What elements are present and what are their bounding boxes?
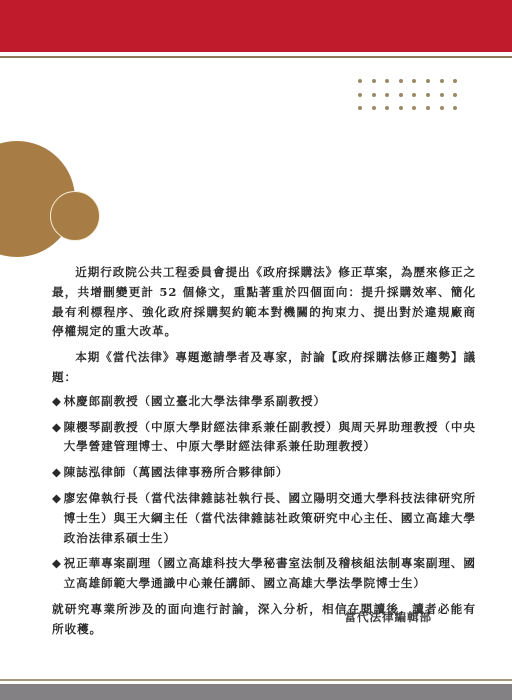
participant-text: 陳誌泓律師（萬國法律事務所合夥律師） — [64, 463, 476, 483]
dot-icon — [399, 93, 403, 97]
dot-icon — [426, 79, 430, 83]
header-gold-rule — [0, 56, 512, 58]
dot-icon — [385, 93, 389, 97]
participant-list: ◆ 林慶郎副教授（國立臺北大學法律學系副教授） ◆ 陳櫻琴副教授（中原大學財經法… — [52, 392, 476, 594]
dot-icon — [372, 79, 376, 83]
dot-icon — [426, 106, 430, 110]
dot-icon — [440, 106, 444, 110]
participant-text: 陳櫻琴副教授（中原大學財經法律系兼任副教授）與周天昇助理教授（中央大學營建管理博… — [64, 418, 476, 458]
dot-icon — [358, 79, 362, 83]
dot-icon — [399, 79, 403, 83]
dot-icon — [372, 93, 376, 97]
participant-text: 廖宏偉執行長（當代法律雜誌社執行長、國立陽明交通大學科技法律研究所博士生）與王大… — [64, 489, 476, 548]
header-red-band — [0, 0, 512, 52]
dot-icon — [358, 106, 362, 110]
topic-paragraph: 本期《當代法律》專題邀請學者及專家，討論【政府採購法修正趨勢】議題： — [52, 348, 476, 388]
diamond-bullet-icon: ◆ — [52, 463, 64, 483]
participant-item: ◆ 林慶郎副教授（國立臺北大學法律學系副教授） — [52, 392, 476, 412]
dot-icon — [440, 93, 444, 97]
dot-icon — [440, 79, 444, 83]
participant-item: ◆ 陳誌泓律師（萬國法律事務所合夥律師） — [52, 463, 476, 483]
decorative-small-circle-icon — [50, 191, 100, 241]
dot-icon — [453, 93, 457, 97]
participant-item: ◆ 祝正華專案副理（國立高雄科技大學秘書室法制及稽核組法制專案副理、國立高雄師範… — [52, 554, 476, 594]
dot-icon — [412, 106, 416, 110]
intro-paragraph: 近期行政院公共工程委員會提出《政府採購法》修正草案，為歷來修正之最，共增刪變更計… — [52, 263, 476, 342]
dot-icon — [453, 106, 457, 110]
dot-icon — [453, 79, 457, 83]
diamond-bullet-icon: ◆ — [52, 392, 64, 412]
diamond-bullet-icon: ◆ — [52, 418, 64, 458]
diamond-bullet-icon: ◆ — [52, 489, 64, 548]
participant-item: ◆ 廖宏偉執行長（當代法律雜誌社執行長、國立陽明交通大學科技法律研究所博士生）與… — [52, 489, 476, 548]
dot-icon — [412, 93, 416, 97]
diamond-bullet-icon: ◆ — [52, 554, 64, 594]
participant-text: 林慶郎副教授（國立臺北大學法律學系副教授） — [64, 392, 476, 412]
dot-icon — [385, 79, 389, 83]
dot-icon — [399, 106, 403, 110]
dot-icon — [426, 93, 430, 97]
editorial-signature: 當代法律編輯部 — [345, 609, 432, 625]
footer-gray-band — [0, 684, 512, 700]
editorial-body: 近期行政院公共工程委員會提出《政府採購法》修正草案，為歷來修正之最，共增刪變更計… — [52, 263, 476, 640]
dot-icon — [358, 93, 362, 97]
participant-item: ◆ 陳櫻琴副教授（中原大學財經法律系兼任副教授）與周天昇助理教授（中央大學營建管… — [52, 418, 476, 458]
decorative-dot-grid — [358, 79, 468, 119]
dot-icon — [372, 106, 376, 110]
dot-icon — [412, 79, 416, 83]
participant-text: 祝正華專案副理（國立高雄科技大學秘書室法制及稽核組法制專案副理、國立高雄師範大學… — [64, 554, 476, 594]
dot-icon — [385, 106, 389, 110]
footer-gold-rule — [0, 679, 512, 681]
